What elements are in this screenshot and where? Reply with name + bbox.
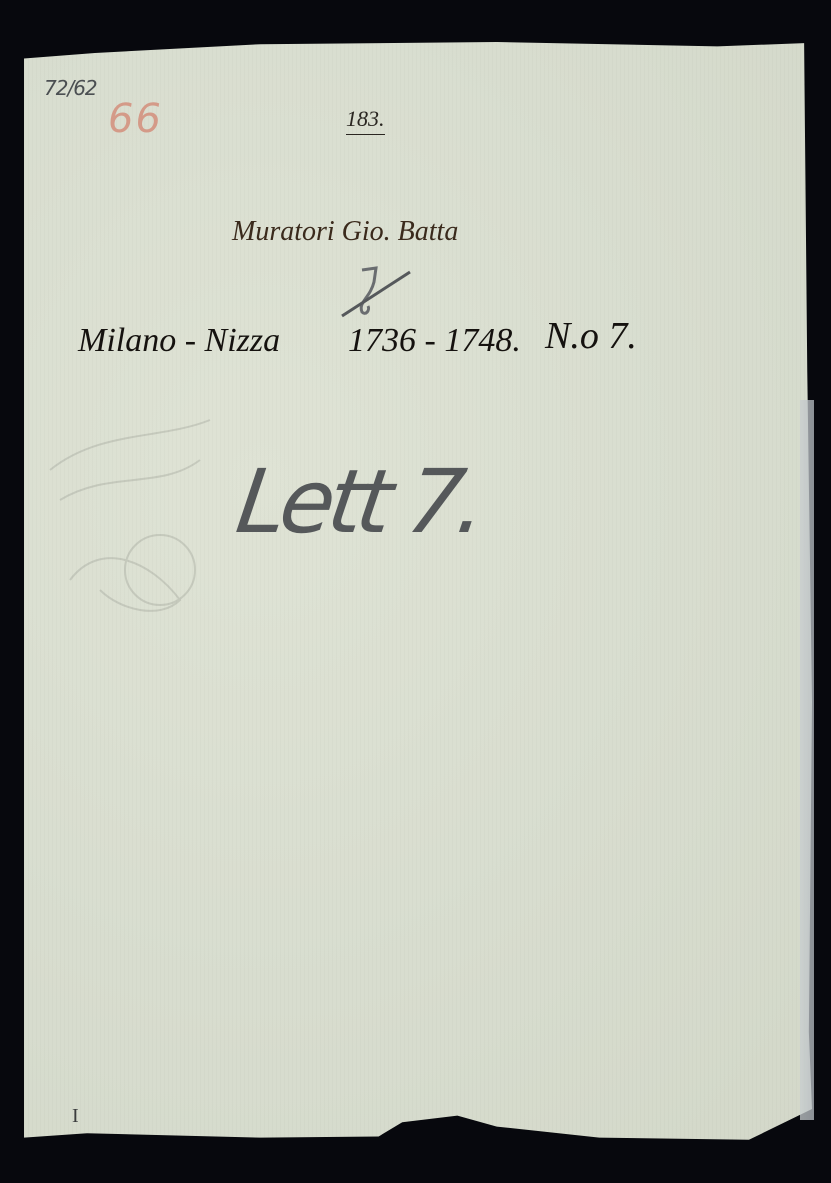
- roman-numeral: I: [72, 1105, 79, 1128]
- item-number: N.o 7.: [545, 314, 637, 358]
- pencil-reference-number: 72/62: [44, 76, 97, 100]
- pencil-letters-count: Lett 7.: [231, 450, 488, 553]
- place-names: Milano - Nizza: [78, 322, 280, 360]
- watermark-icon: [40, 410, 220, 640]
- sheet-torn-edge: [800, 400, 814, 1120]
- date-range: 1736 - 1748.: [348, 322, 521, 360]
- author-name: Muratori Gio. Batta: [232, 216, 458, 248]
- folio-number: 183.: [346, 106, 385, 135]
- red-pencil-number: 66: [108, 96, 163, 142]
- struck-out-digit: [340, 262, 412, 318]
